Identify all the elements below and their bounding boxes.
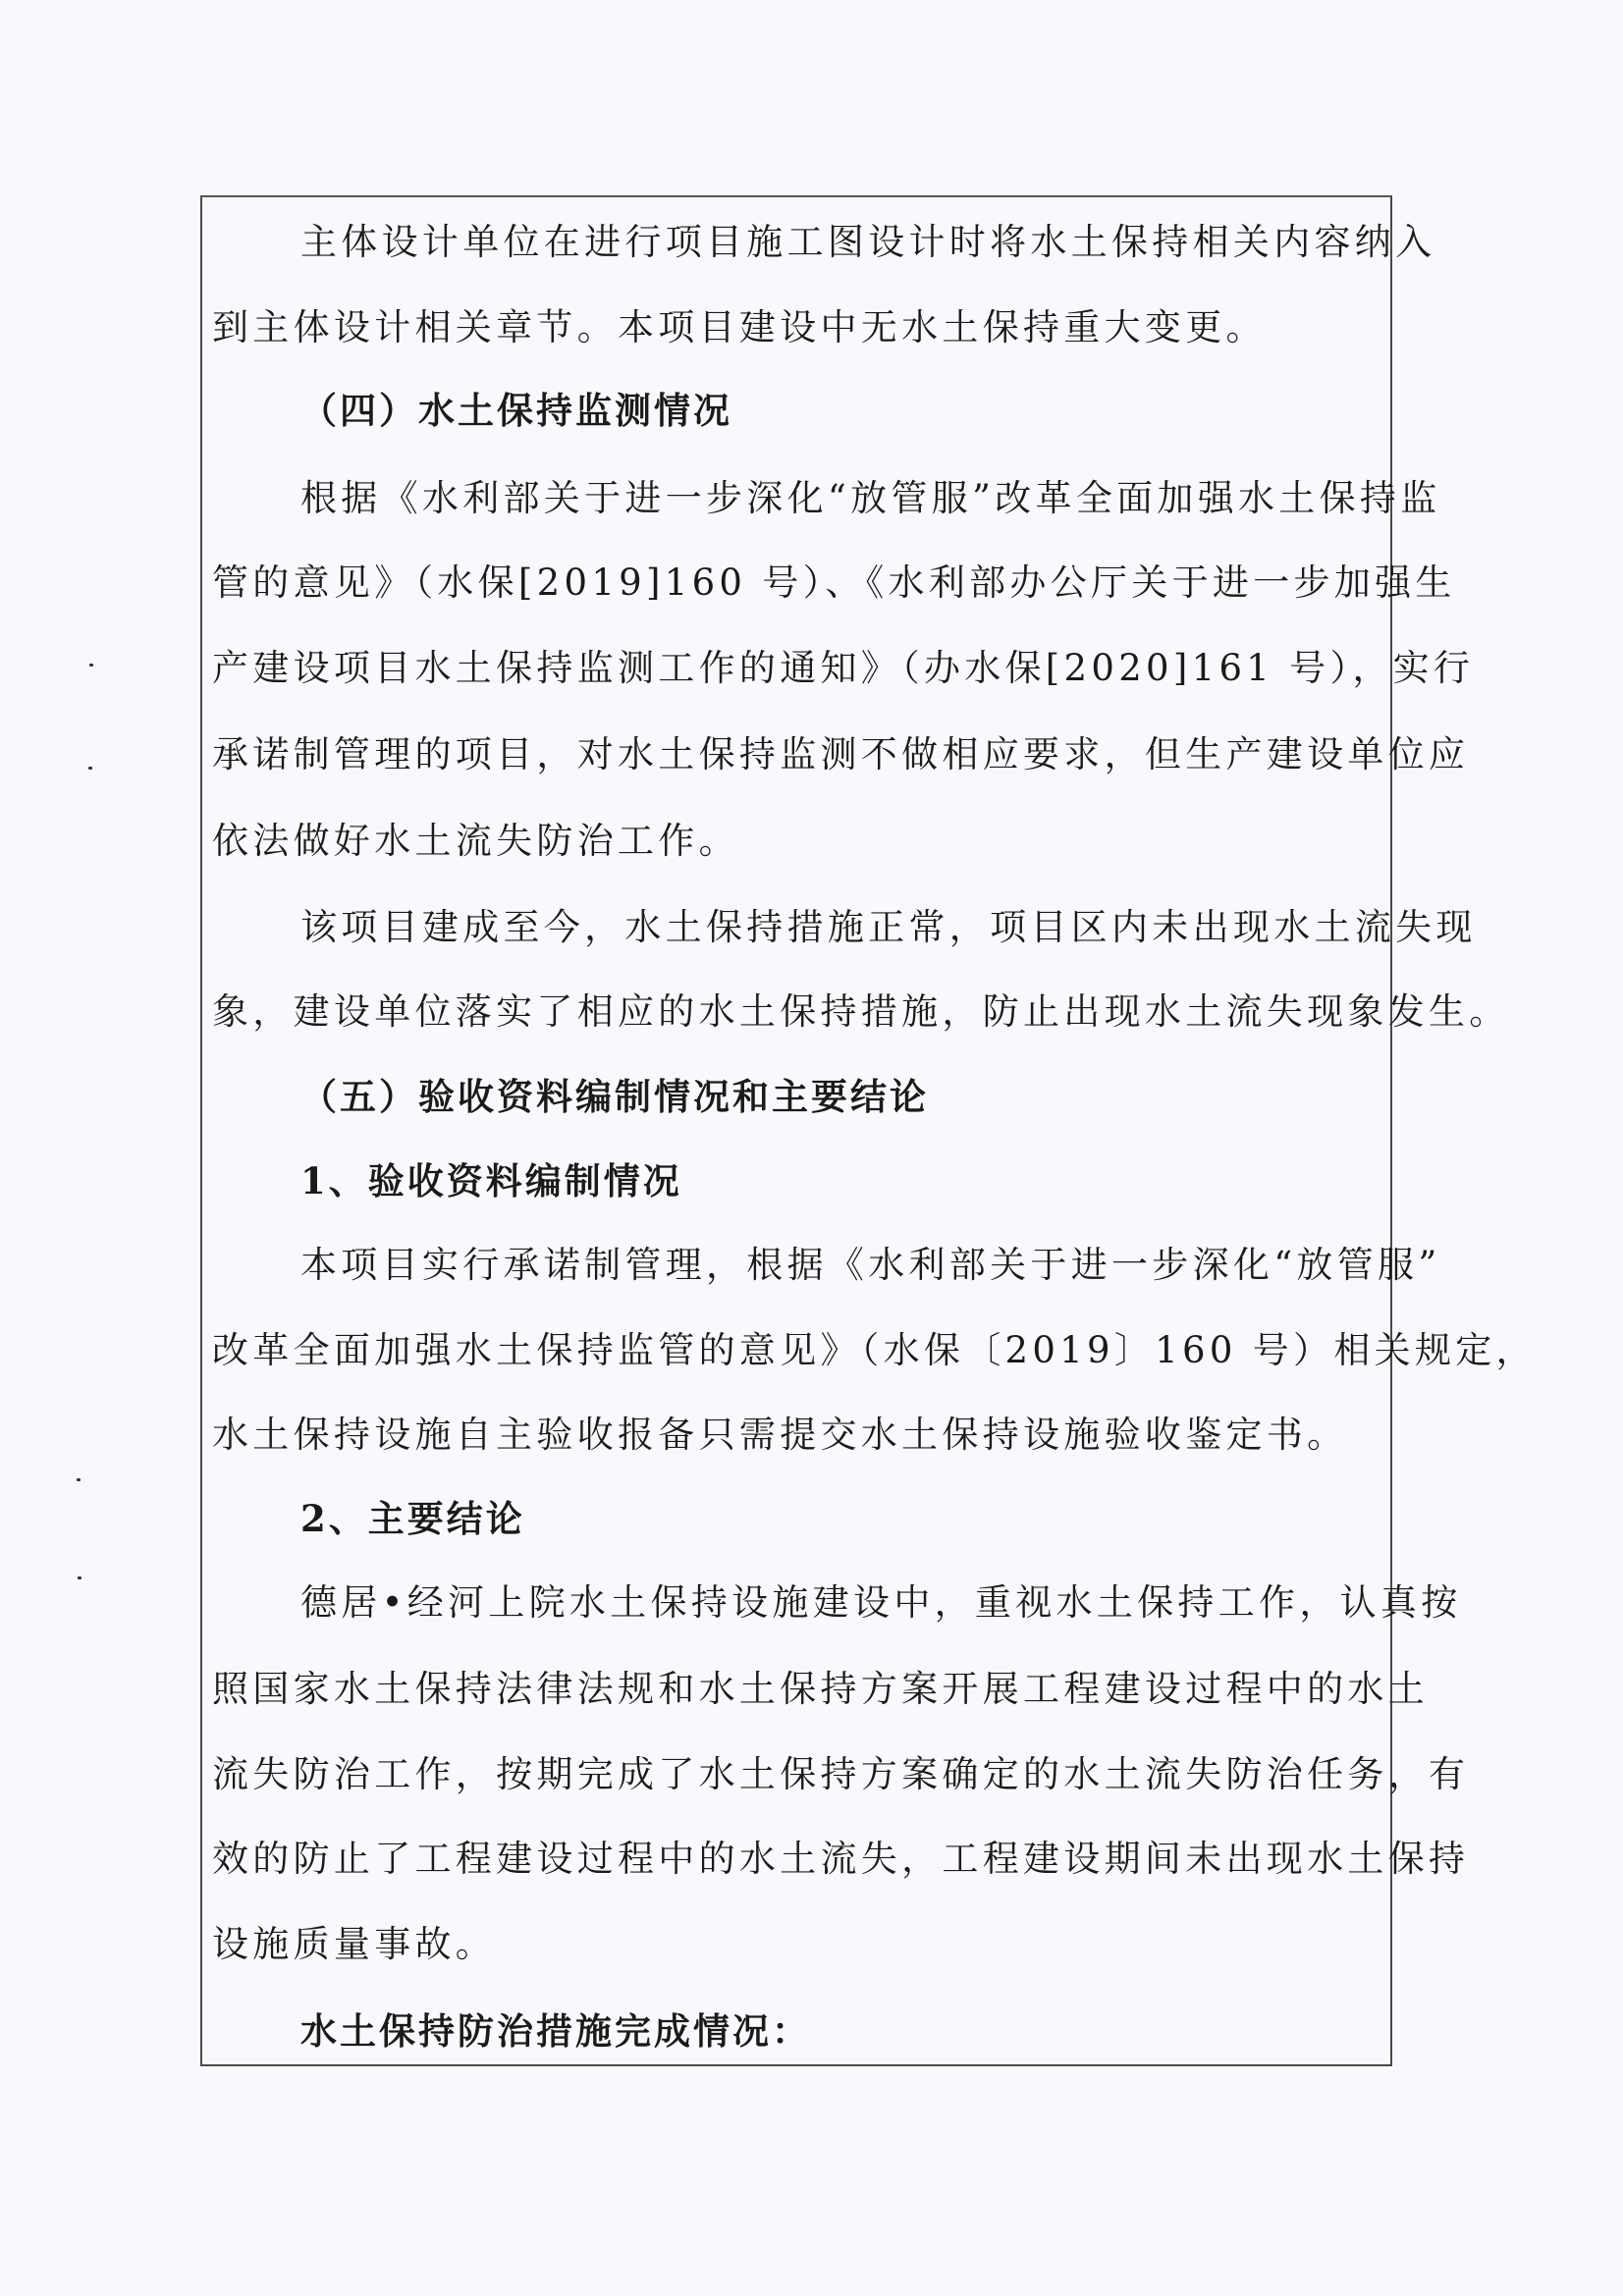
paragraph-conclusion-line-3: 流失防治工作，按期完成了水土保持方案确定的水土流失防治任务，有 bbox=[202, 1745, 1390, 1804]
paragraph-design-line-2: 到主体设计相关章节。本项目建设中无水土保持重大变更。 bbox=[202, 298, 1390, 357]
document-frame: 主体设计单位在进行项目施工图设计时将水土保持相关内容纳入 到主体设计相关章节。本… bbox=[200, 195, 1392, 2066]
paragraph-compilation-line-3: 水土保持设施自主验收报备只需提交水土保持设施验收鉴定书。 bbox=[202, 1406, 1390, 1465]
paragraph-status-line-1: 该项目建成至今，水土保持措施正常，项目区内未出现水土流失现 bbox=[202, 898, 1390, 957]
heading-measures-completion: 水土保持防治措施完成情况： bbox=[202, 2002, 1390, 2060]
subheading-conclusion: 2、主要结论 bbox=[202, 1489, 1390, 1548]
paragraph-conclusion-line-1: 德居•经河上院水土保持设施建设中，重视水土保持工作，认真按 bbox=[202, 1574, 1390, 1632]
paragraph-compilation-line-1: 本项目实行承诺制管理，根据《水利部关于进一步深化“放管服” bbox=[202, 1236, 1390, 1295]
paragraph-conclusion-line-2: 照国家水土保持法律法规和水土保持方案开展工程建设过程中的水土 bbox=[202, 1660, 1390, 1719]
section-heading-acceptance: （五）验收资料编制情况和主要结论 bbox=[202, 1067, 1390, 1126]
section-heading-monitoring: （四）水土保持监测情况 bbox=[202, 381, 1390, 440]
subheading-compilation: 1、验收资料编制情况 bbox=[202, 1151, 1390, 1210]
paragraph-status-line-2: 象，建设单位落实了相应的水土保持措施，防止出现水土流失现象发生。 bbox=[202, 983, 1390, 1041]
scan-mark bbox=[88, 767, 92, 770]
paragraph-design-line-1: 主体设计单位在进行项目施工图设计时将水土保持相关内容纳入 bbox=[202, 213, 1390, 272]
paragraph-conclusion-line-4: 效的防止了工程建设过程中的水土流失，工程建设期间未出现水土保持 bbox=[202, 1830, 1390, 1889]
paragraph-monitoring-line-3: 产建设项目水土保持监测工作的通知》（办水保[2020]161 号），实行 bbox=[202, 639, 1390, 698]
paragraph-monitoring-line-2: 管的意见》（水保[2019]160 号）、《水利部办公厅关于进一步加强生 bbox=[202, 554, 1390, 613]
paragraph-conclusion-line-5: 设施质量事故。 bbox=[202, 1915, 1390, 1974]
paragraph-compilation-line-2: 改革全面加强水土保持监管的意见》（水保〔2019〕160 号）相关规定， bbox=[202, 1321, 1390, 1380]
scan-mark bbox=[77, 1478, 81, 1481]
paragraph-monitoring-line-5: 依法做好水土流失防治工作。 bbox=[202, 812, 1390, 871]
scan-mark bbox=[89, 664, 93, 667]
scan-mark bbox=[78, 1576, 81, 1579]
paragraph-monitoring-line-1: 根据《水利部关于进一步深化“放管服”改革全面加强水土保持监 bbox=[202, 469, 1390, 528]
paragraph-monitoring-line-4: 承诺制管理的项目，对水土保持监测不做相应要求，但生产建设单位应 bbox=[202, 725, 1390, 784]
